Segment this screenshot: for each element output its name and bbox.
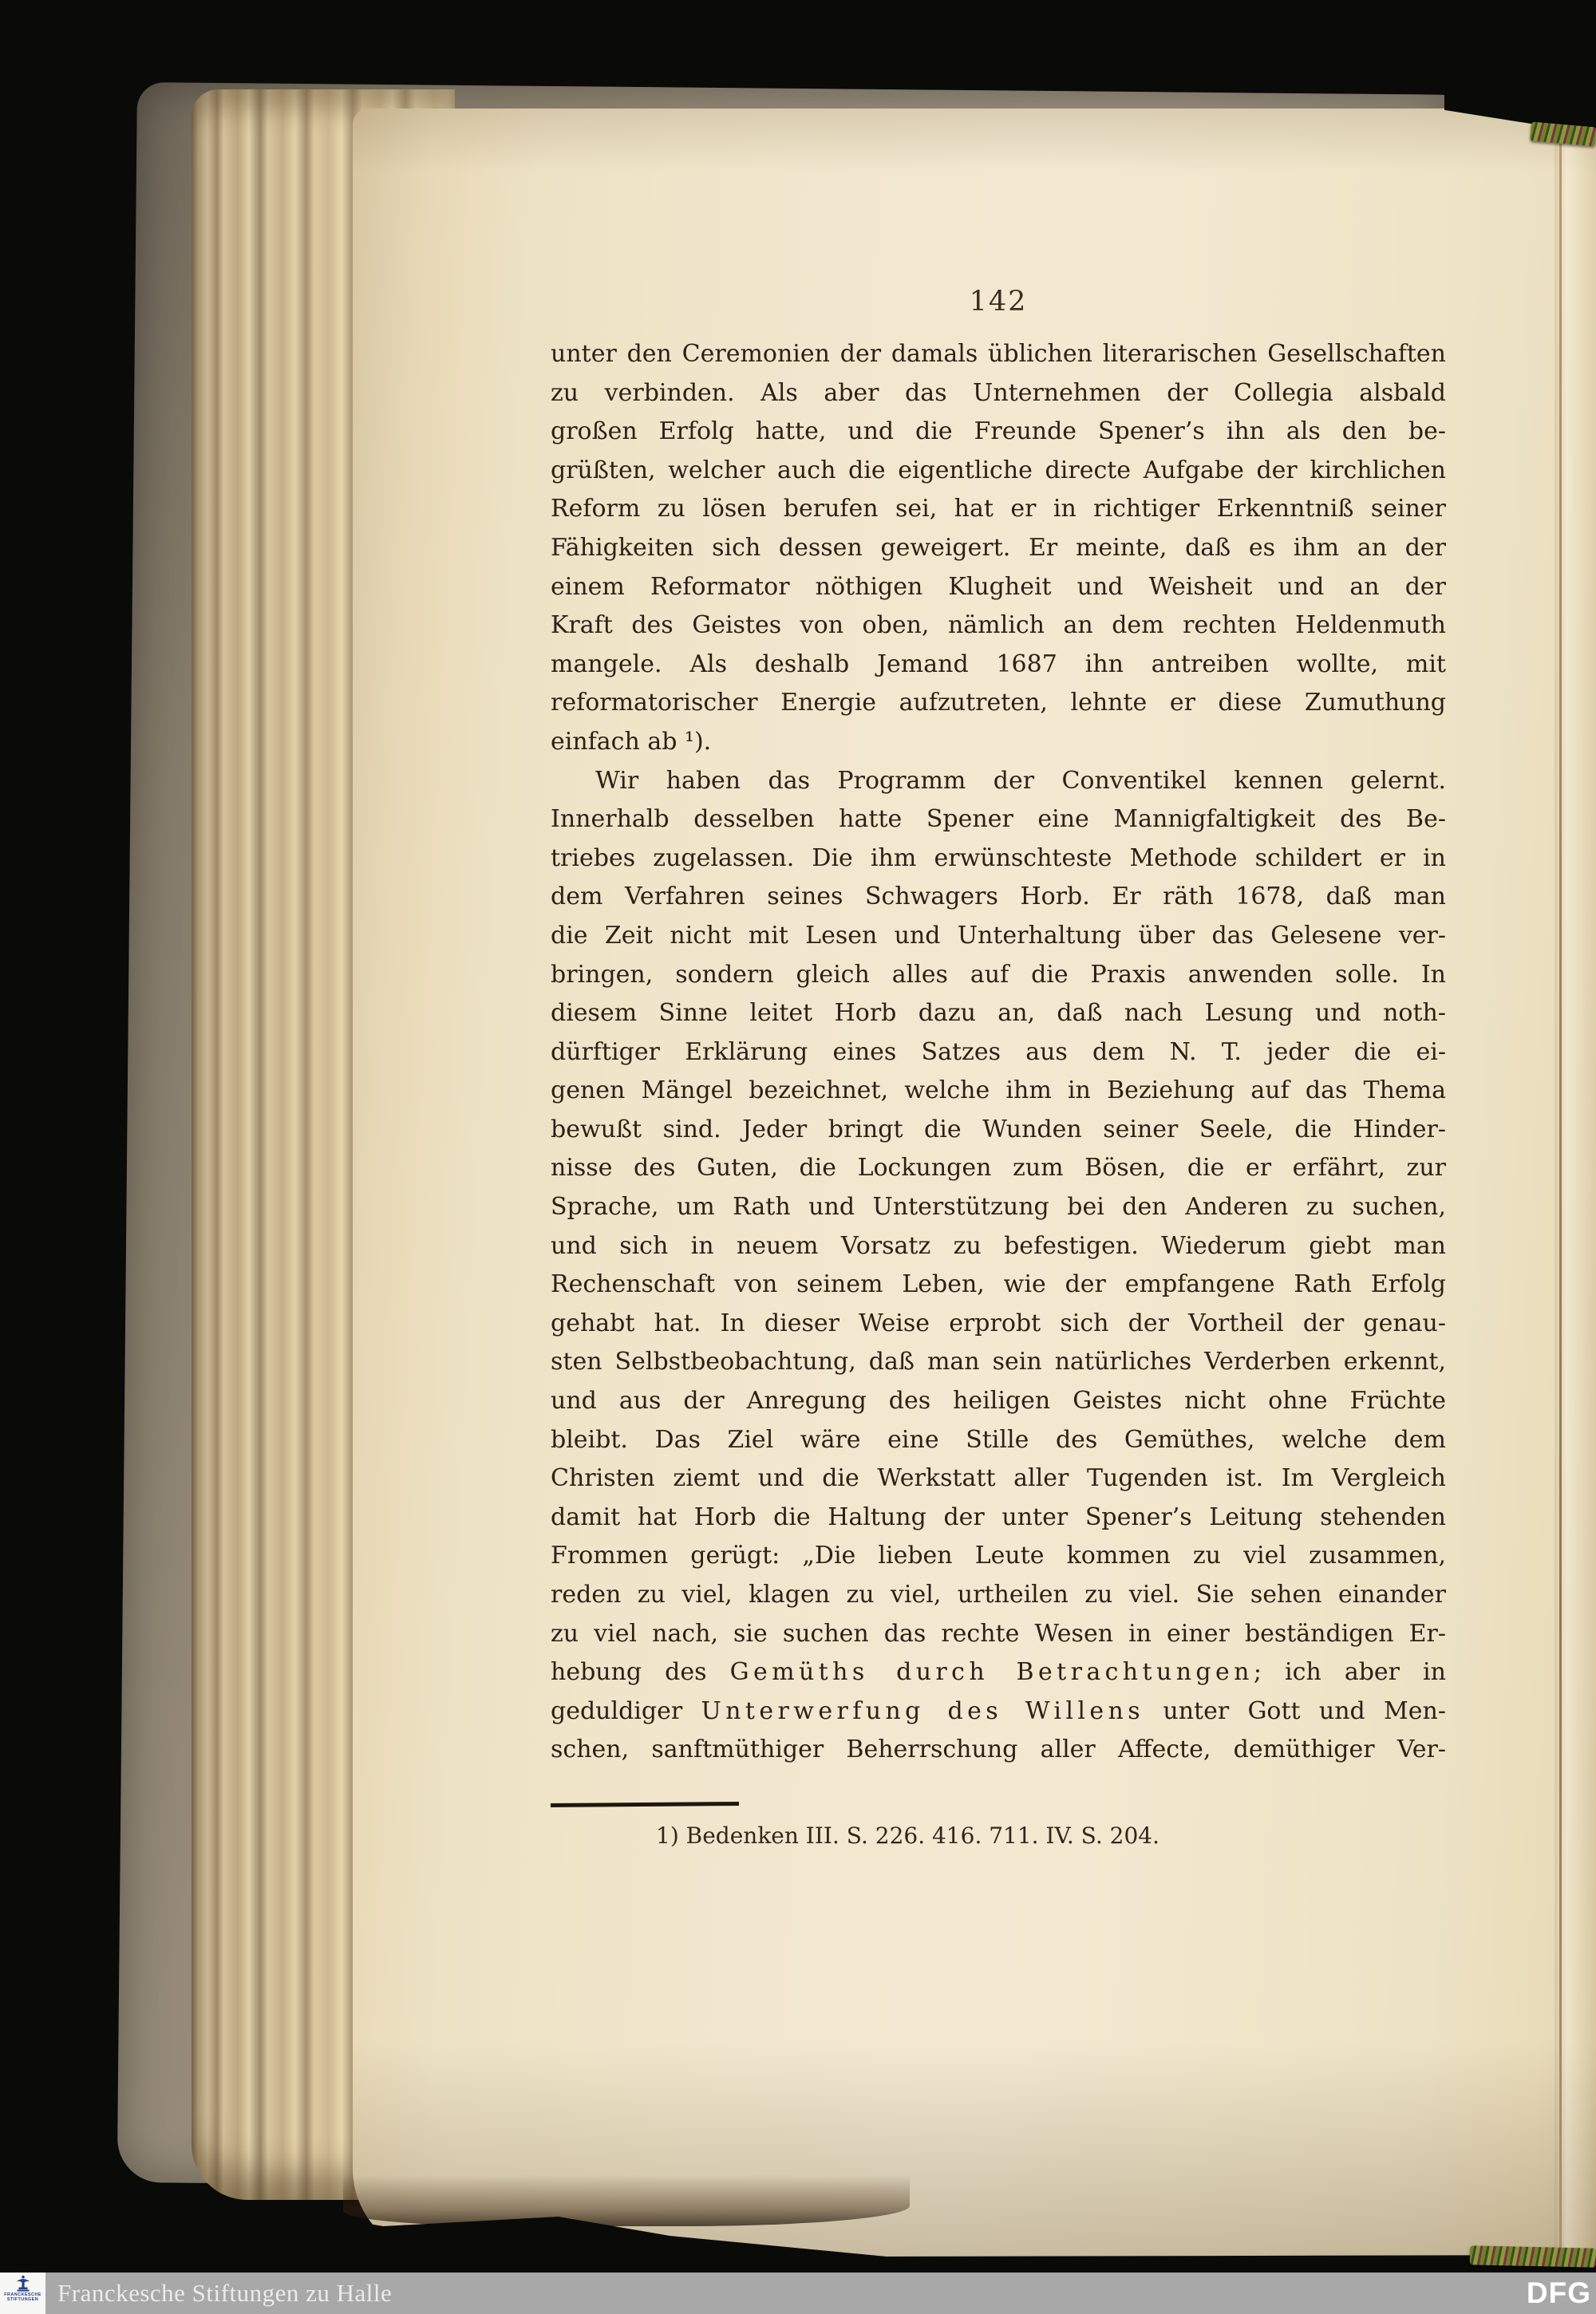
- text-line: nisse des Guten, die Lockungen zum Bösen…: [551, 1149, 1446, 1188]
- text-block: unter den Ceremonien der damals üblichen…: [551, 335, 1446, 1770]
- text-line: bleibt. Das Ziel wäre eine Stille des Ge…: [551, 1421, 1446, 1460]
- francke-logo-text-line2: STIFTUNGEN: [7, 2297, 38, 2302]
- text-line: Christen ziemt und die Werkstatt aller T…: [551, 1459, 1446, 1499]
- text-line: Wir haben das Programm der Conventikel k…: [551, 762, 1446, 801]
- text-line: bringen, sondern gleich alles auf die Pr…: [551, 956, 1446, 995]
- letterspaced-emphasis: Gemüths durch Betrachtungen: [730, 1658, 1254, 1686]
- page-bottom-shadow: [343, 2175, 910, 2226]
- footnote: 1) Bedenken III. S. 226. 416. 711. IV. S…: [551, 1822, 1446, 1849]
- page-gutter-fold-line: [1559, 137, 1562, 2252]
- text-line: hebung des Gemüths durch Betrachtungen; …: [551, 1653, 1446, 1692]
- text-line: zu verbinden. Als aber das Unternehmen d…: [551, 374, 1446, 413]
- dfg-logo: DFG: [1527, 2273, 1591, 2314]
- headband-bottom-icon: [1470, 2245, 1596, 2267]
- text-segment: hebung des: [551, 1658, 730, 1686]
- text-line: Rechenschaft von seinem Leben, wie der e…: [551, 1266, 1446, 1305]
- text-line: Fähigkeiten sich dessen geweigert. Er me…: [551, 529, 1446, 568]
- text-line: reden zu viel, klagen zu viel, urtheilen…: [551, 1576, 1446, 1615]
- text-line: dem Verfahren seines Schwagers Horb. Er …: [551, 878, 1446, 917]
- text-line: geduldiger Unterwerfung des Willens unte…: [551, 1692, 1446, 1732]
- text-line: damit hat Horb die Haltung der unter Spe…: [551, 1499, 1446, 1538]
- text-line: genen Mängel bezeichnet, welche ihm in B…: [551, 1072, 1446, 1111]
- text-line: Frommen gerügt: „Die lieben Leute kommen…: [551, 1537, 1446, 1576]
- scanned-book-photo: 142 unter den Ceremonien der damals übli…: [0, 0, 1596, 2314]
- text-segment: ; ich aber in: [1254, 1658, 1446, 1686]
- francke-logo-box: FRANCKESCHE STIFTUNGEN: [0, 2273, 45, 2314]
- letterspaced-emphasis: Unterwerfung des Willens: [701, 1697, 1144, 1725]
- text-segment: geduldiger: [551, 1697, 701, 1725]
- text-line: Kraft des Geistes von oben, nämlich an d…: [551, 606, 1446, 646]
- francke-eagle-icon: [15, 2275, 31, 2292]
- text-line: unter den Ceremonien der damals üblichen…: [551, 335, 1446, 374]
- text-line: gehabt hat. In dieser Weise erprobt sich…: [551, 1305, 1446, 1344]
- footer-watermark-bar: FRANCKESCHE STIFTUNGEN Franckesche Stift…: [0, 2273, 1596, 2314]
- text-line: einfach ab ¹).: [551, 723, 1446, 762]
- text-line: triebes zugelassen. Die ihm erwünschtest…: [551, 839, 1446, 879]
- text-line: sten Selbstbeobachtung, daß man sein nat…: [551, 1343, 1446, 1382]
- text-line: schen, sanftmüthiger Beherrschung aller …: [551, 1731, 1446, 1770]
- text-line: grüßten, welcher auch die eigentliche di…: [551, 452, 1446, 491]
- page-number: 142: [551, 286, 1446, 318]
- text-line: und aus der Anregung des heiligen Geiste…: [551, 1382, 1446, 1421]
- text-line: die Zeit nicht mit Lesen und Unterhaltun…: [551, 917, 1446, 956]
- text-line: reformatorischer Energie aufzutreten, le…: [551, 684, 1446, 723]
- text-line: Sprache, um Rath und Unterstützung bei d…: [551, 1188, 1446, 1227]
- text-line: Innerhalb desselben hatte Spener eine Ma…: [551, 800, 1446, 839]
- text-line: einem Reformator nöthigen Klugheit und W…: [551, 568, 1446, 607]
- text-line: großen Erfolg hatte, und die Freunde Spe…: [551, 413, 1446, 452]
- text-segment: unter Gott und Men-: [1144, 1697, 1446, 1725]
- text-line: bewußt sind. Jeder bringt die Wunden sei…: [551, 1111, 1446, 1150]
- institution-label: Franckesche Stiftungen zu Halle: [57, 2273, 392, 2314]
- text-line: diesem Sinne leitet Horb dazu an, daß na…: [551, 994, 1446, 1033]
- text-line: dürftiger Erklärung eines Satzes aus dem…: [551, 1033, 1446, 1072]
- text-line: und sich in neuem Vorsatz zu befestigen.…: [551, 1227, 1446, 1266]
- text-line: mangele. Als deshalb Jemand 1687 ihn ant…: [551, 646, 1446, 685]
- text-line: Reform zu lösen berufen sei, hat er in r…: [551, 490, 1446, 529]
- text-line: zu viel nach, sie suchen das rechte Wese…: [551, 1615, 1446, 1654]
